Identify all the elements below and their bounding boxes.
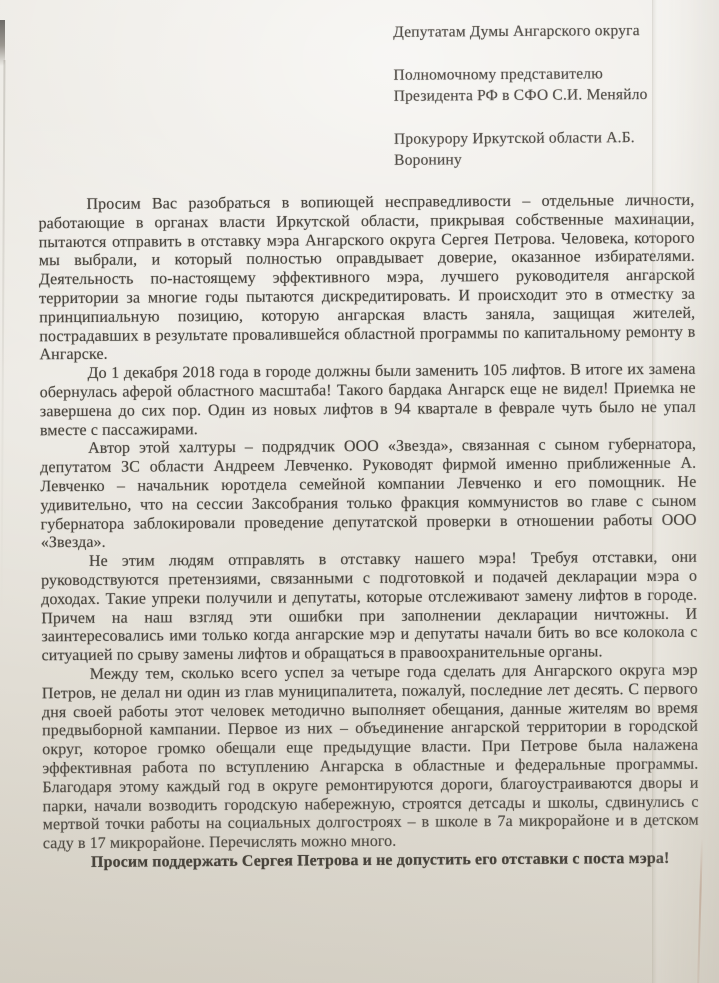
paragraph-4: Не этим людям отправлять в отставку наше… — [41, 549, 698, 666]
paragraph-2: До 1 декабря 2018 года в городе должны б… — [40, 361, 697, 441]
recipient-presidential-envoy: Полномочному представителю Президента РФ… — [393, 63, 693, 107]
paper-fold-shading — [652, 0, 719, 983]
letter-page: Депутатам Думы Ангарского округа Полномо… — [0, 0, 719, 983]
recipient-prosecutor: Прокурору Иркутской области А.Б. Воронин… — [394, 127, 694, 171]
letter-body: Просим Вас разобраться в вопиющей неспра… — [38, 192, 699, 873]
paragraph-1: Просим Вас разобраться в вопиющей неспра… — [38, 192, 695, 366]
paragraph-3: Автор этой халтуры – подрядчик ООО «Звез… — [40, 436, 697, 553]
document-photo: Депутатам Думы Ангарского округа Полномо… — [0, 0, 719, 983]
paragraph-5: Между тем, сколько всего успел за четыре… — [42, 662, 699, 855]
recipient-duma: Депутатам Думы Ангарского округа — [393, 20, 693, 43]
closing-appeal: Просим поддержать Сергея Петрова и не до… — [43, 850, 699, 873]
recipient-block: Депутатам Думы Ангарского округа Полномо… — [393, 20, 694, 171]
